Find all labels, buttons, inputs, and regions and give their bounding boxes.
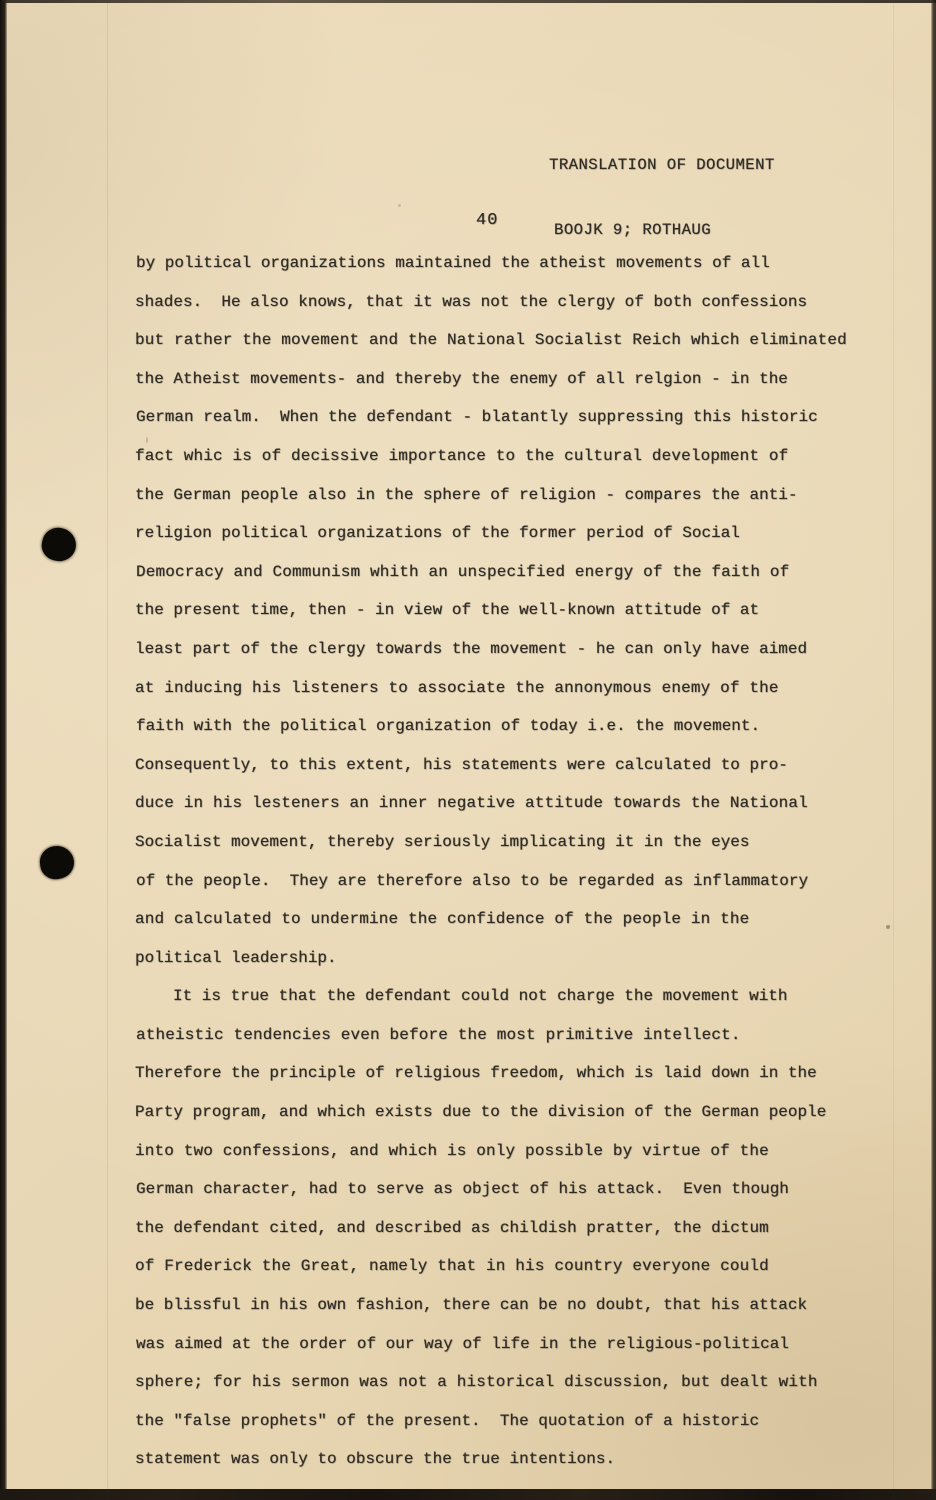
page-edge-left	[0, 0, 7, 1500]
text-line: Therefore the principle of religious fre…	[135, 1054, 895, 1093]
page-edge-top	[0, 0, 936, 3]
text-line: the "false prophets" of the present. The…	[135, 1402, 895, 1441]
text-line: into two confessions, and which is only …	[135, 1132, 895, 1171]
text-line: but rather the movement and the National…	[135, 321, 895, 360]
text-line: shades. He also knows, that it was not t…	[135, 283, 895, 322]
page-number: 40	[476, 211, 498, 230]
text-line: of the people. They are therefore also t…	[136, 862, 896, 901]
text-line: Democracy and Communism whith an unspeci…	[136, 553, 896, 592]
text-line: least part of the clergy towards the mov…	[135, 630, 895, 669]
document-page: TRANSLATION OF DOCUMENT BOOJK 9; ROTHAUG…	[0, 0, 936, 1500]
text-line: sphere; for his sermon was not a histori…	[135, 1363, 895, 1402]
text-line: the defendant cited, and described as ch…	[135, 1209, 895, 1248]
page-edge-right	[931, 0, 936, 1500]
text-line: German character, had to serve as object…	[136, 1170, 896, 1209]
text-line: be blissful in his own fashion, there ca…	[135, 1286, 895, 1325]
text-line: Consequently, to this extent, his statem…	[135, 746, 895, 785]
text-line: religion political organizations of the …	[135, 514, 895, 553]
text-line: Party program, and which exists due to t…	[135, 1093, 895, 1132]
text-line: the German people also in the sphere of …	[135, 476, 895, 515]
text-line: the present time, then - in view of the …	[135, 591, 895, 630]
text-line: atheistic tendencies even before the mos…	[136, 1016, 896, 1055]
page-edge-bottom	[0, 1489, 936, 1500]
paper-fold-line	[107, 0, 108, 1500]
punch-hole	[38, 844, 76, 881]
paper-speck	[398, 204, 401, 207]
text-line: fact whic is of decissive importance to …	[135, 437, 895, 476]
text-line: by political organizations maintained th…	[136, 244, 896, 283]
text-line: of Frederick the Great, namely that in h…	[135, 1247, 895, 1286]
text-line: statement was only to obscure the true i…	[135, 1440, 895, 1479]
text-line: faith with the political organization of…	[136, 707, 896, 746]
header-title-line: TRANSLATION OF DOCUMENT	[549, 155, 775, 177]
text-line: political leadership.	[135, 939, 895, 978]
text-line: was aimed at the order of our way of lif…	[136, 1325, 896, 1364]
text-line: duce in his lesteners an inner negative …	[135, 784, 895, 823]
body-text: by political organizations maintained th…	[135, 244, 895, 1479]
text-line: the Atheist movements- and thereby the e…	[135, 360, 895, 399]
text-line: German realm. When the defendant - blata…	[136, 398, 896, 437]
text-line: and calculated to undermine the confiden…	[135, 900, 895, 939]
text-line: at inducing his listeners to associate t…	[135, 669, 895, 708]
text-line: It is true that the defendant could not …	[135, 977, 895, 1016]
header-book-line: BOOJK 9; ROTHAUG	[549, 220, 775, 242]
punch-hole	[39, 525, 79, 564]
text-line: Socialist movement, thereby seriously im…	[135, 823, 895, 862]
